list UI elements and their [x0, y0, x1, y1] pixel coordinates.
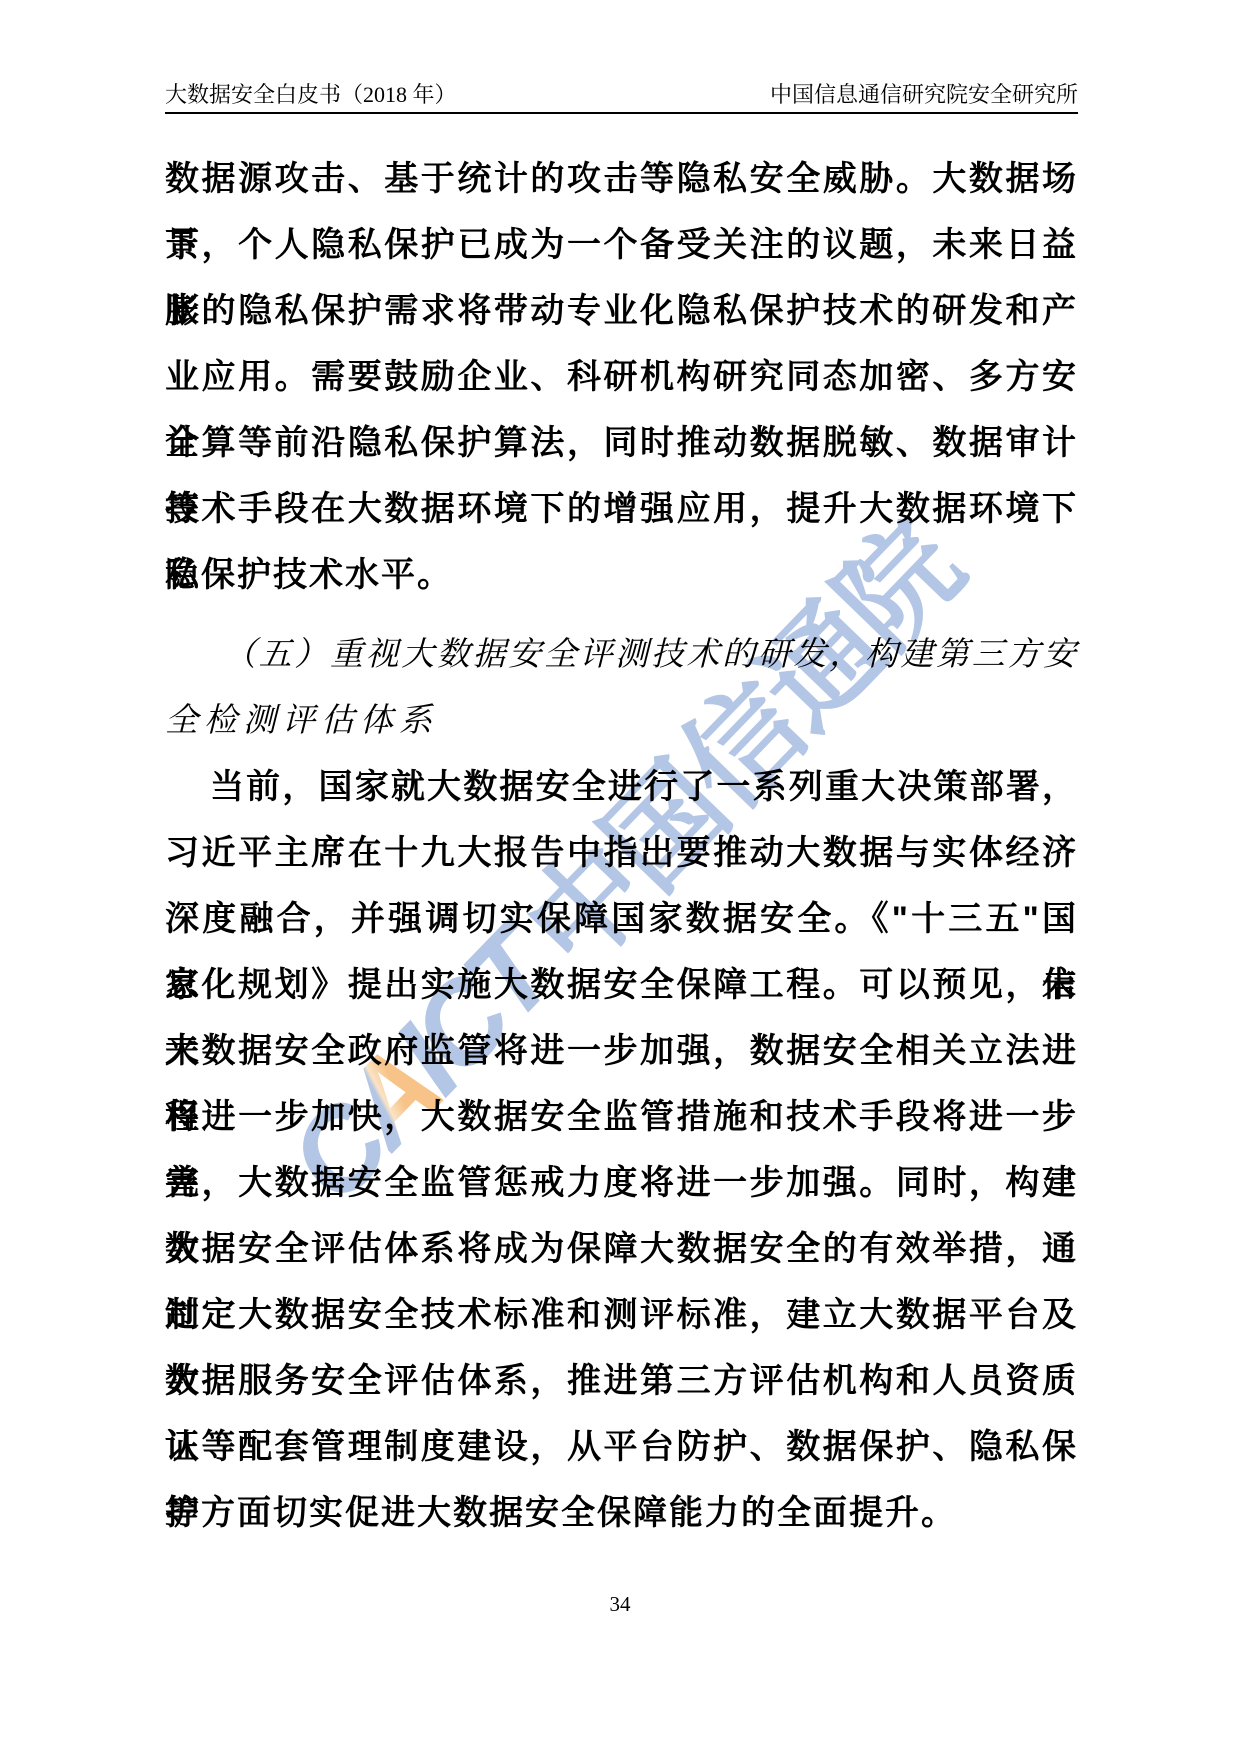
paragraph-line: 胀的隐私保护需求将带动专业化隐私保护技术的研发和产	[165, 278, 1078, 344]
header-left-title: 大数据安全白皮书（2018 年）	[165, 78, 457, 109]
paragraph-line: 将进一步加快，大数据安全监管措施和技术手段将进一步完	[165, 1084, 1078, 1150]
paragraph-line: 私保护技术水平。	[165, 542, 1078, 608]
paragraph-line: 下，个人隐私保护已成为一个备受关注的议题，未来日益膨	[165, 212, 1078, 278]
header-right-title: 中国信息通信研究院安全研究所	[770, 78, 1078, 109]
section-heading-line: 全检测评估体系	[165, 688, 1078, 754]
page-header: 大数据安全白皮书（2018 年） 中国信息通信研究院安全研究所	[165, 78, 1078, 109]
paragraph-line: 当前，国家就大数据安全进行了一系列重大决策部署，	[165, 754, 1078, 820]
paragraph-line: 数据源攻击、基于统计的攻击等隐私安全威胁。大数据场景	[165, 146, 1078, 212]
paragraph-line: 等方面切实促进大数据安全保障能力的全面提升。	[165, 1480, 1078, 1546]
body-content: 数据源攻击、基于统计的攻击等隐私安全威胁。大数据场景 下，个人隐私保护已成为一个…	[165, 146, 1078, 1546]
section-heading-line: （五）重视大数据安全评测技术的研发，构建第三方安	[165, 622, 1078, 688]
paragraph-line: 数据服务安全评估体系，推进第三方评估机构和人员资质认	[165, 1348, 1078, 1414]
paragraph-line: 制定大数据安全技术标准和测评标准，建立大数据平台及大	[165, 1282, 1078, 1348]
paragraph-line: 息化规划》提出实施大数据安全保障工程。可以预见，未来	[165, 952, 1078, 1018]
paragraph-line: 善，大数据安全监管惩戒力度将进一步加强。同时，构建大	[165, 1150, 1078, 1216]
document-page: CAICT中国信通院 大数据安全白皮书（2018 年） 中国信息通信研究院安全研…	[0, 0, 1240, 1754]
paragraph-line: 业应用。需要鼓励企业、科研机构研究同态加密、多方安全	[165, 344, 1078, 410]
paragraph-line: 习近平主席在十九大报告中指出要推动大数据与实体经济	[165, 820, 1078, 886]
paragraph-line: 证等配套管理制度建设，从平台防护、数据保护、隐私保护	[165, 1414, 1078, 1480]
paragraph-line: 技术手段在大数据环境下的增强应用，提升大数据环境下隐	[165, 476, 1078, 542]
paragraph-line: 计算等前沿隐私保护算法，同时推动数据脱敏、数据审计等	[165, 410, 1078, 476]
paragraph-line: 大数据安全政府监管将进一步加强，数据安全相关立法进程	[165, 1018, 1078, 1084]
header-rule	[165, 112, 1078, 114]
paragraph-line: 深度融合，并强调切实保障国家数据安全。《"十三五"国家信	[165, 886, 1078, 952]
page-number: 34	[0, 1592, 1240, 1617]
paragraph-line: 数据安全评估体系将成为保障大数据安全的有效举措，通过	[165, 1216, 1078, 1282]
